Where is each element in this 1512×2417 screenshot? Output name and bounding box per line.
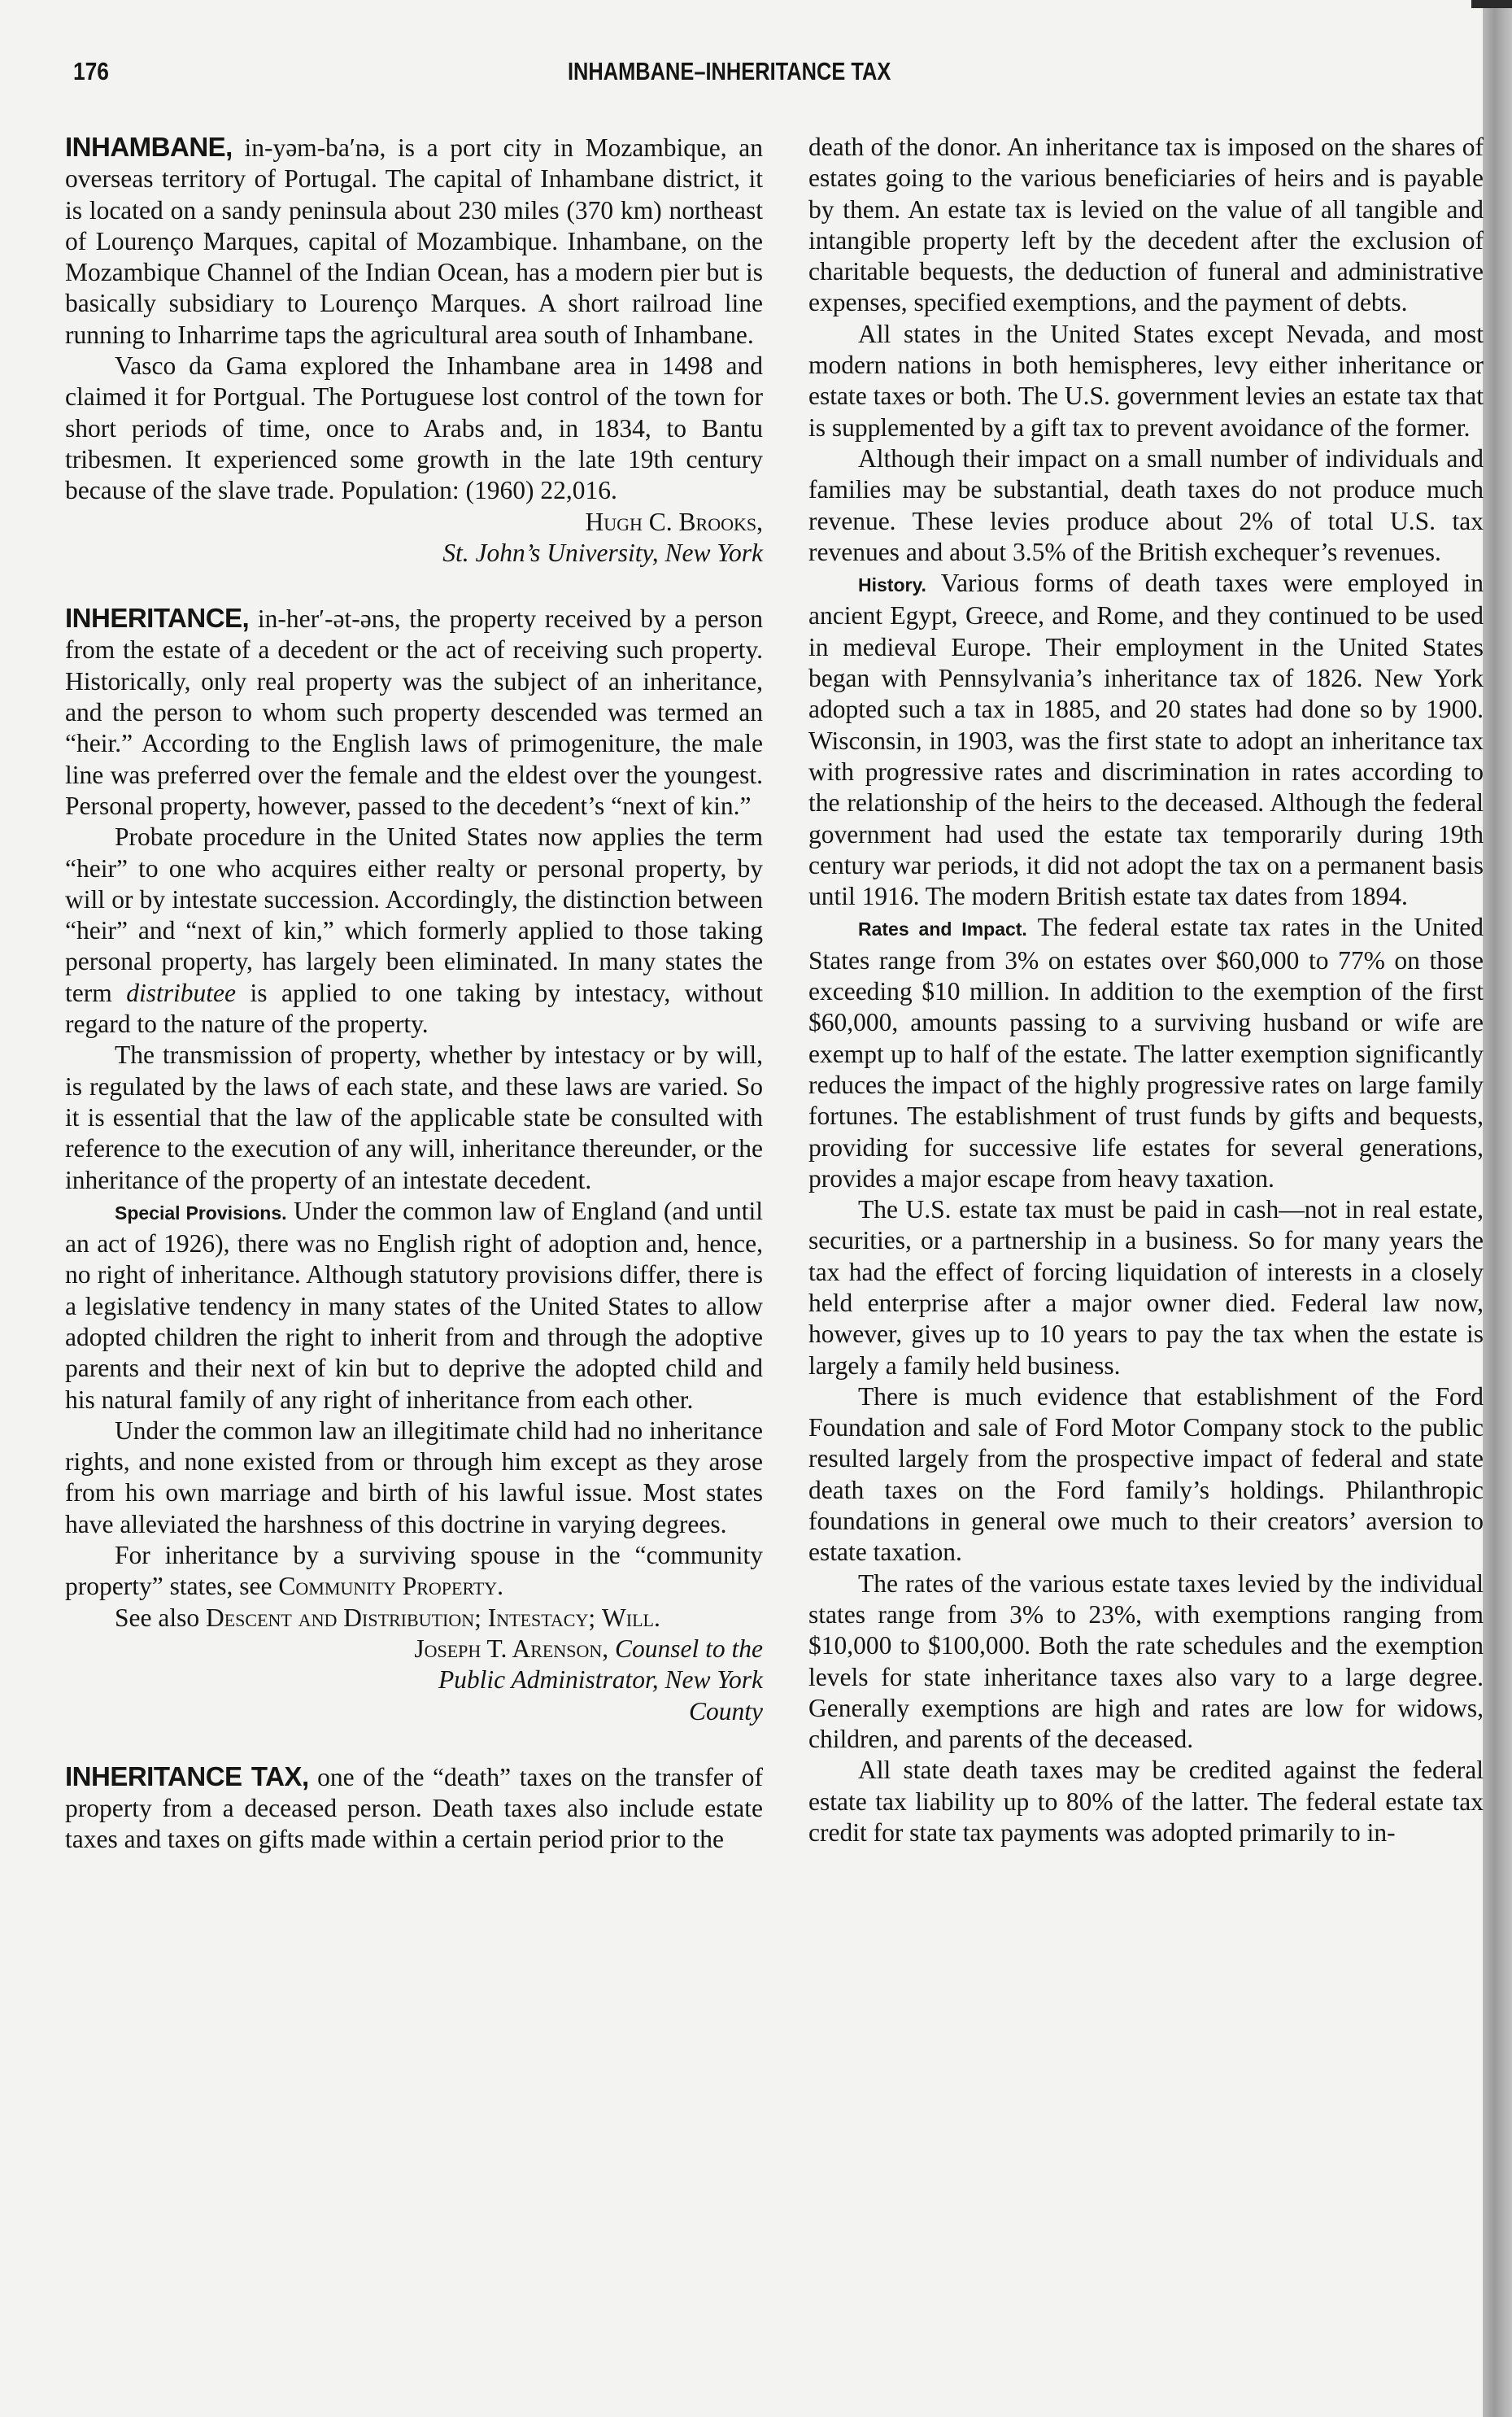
page-edge-top (1471, 0, 1512, 8)
author-block: Joseph T. Arenson, Counsel to the Public… (65, 1634, 763, 1727)
term-distributee: distributee (126, 979, 236, 1007)
pronunciation: in-her′-ət-əns, (258, 604, 401, 633)
cross-reference-will[interactable]: Will (602, 1603, 654, 1632)
entry-inhambane-p2: Vasco da Gama explored the Inhambane are… (65, 351, 763, 506)
continued-paragraph: death of the donor. An inheritance tax i… (808, 132, 1484, 319)
cross-reference-community-property[interactable]: Community Property (278, 1572, 497, 1600)
punctuation: . (654, 1603, 660, 1632)
entry-inheritance-p3: The transmission of property, whether by… (65, 1040, 763, 1195)
headword-inhambane: INHAMBANE, (65, 132, 233, 162)
entry-inheritance-p1: INHERITANCE, in-her′-ət-əns, the propert… (65, 603, 763, 822)
cross-reference-descent-and-distribution[interactable]: Descent and Distribution (206, 1603, 474, 1632)
entry-gap (65, 569, 763, 603)
entry-inheritance-tax-p5: Rates and Impact. The federal estate tax… (808, 912, 1484, 1194)
paragraph-text: the property received by a person from t… (65, 604, 763, 820)
paragraph-text: The federal estate tax rates in the Unit… (808, 913, 1484, 1192)
right-column: death of the donor. An inheritance tax i… (808, 132, 1484, 1848)
subheading-special-provisions: Special Provisions. (115, 1202, 287, 1224)
entry-inheritance-tax-p1: INHERITANCE TAX, one of the “death” taxe… (65, 1761, 763, 1856)
author-signature: Joseph T. Arenson, (414, 1634, 608, 1663)
entry-inheritance-p4: Special Provisions. Under the common law… (65, 1196, 763, 1416)
page-edge-shadow (1483, 0, 1512, 2417)
headword-inheritance: INHERITANCE, (65, 603, 249, 633)
left-column: INHAMBANE, in-yəm-ba′nə, is a port city … (65, 132, 763, 1856)
entry-gap (65, 1727, 763, 1761)
running-title: INHAMBANE–INHERITANCE TAX (568, 57, 891, 86)
punctuation: ; (588, 1603, 602, 1632)
punctuation: ; (474, 1603, 488, 1632)
entry-inheritance-p5: Under the common law an illegitimate chi… (65, 1416, 763, 1540)
paragraph-text: Various forms of death taxes were employ… (808, 569, 1484, 910)
paragraph-text: See also (115, 1603, 199, 1632)
page-number: 176 (73, 57, 109, 86)
author-signature: Hugh C. Brooks, (65, 507, 763, 538)
cross-reference-intestacy[interactable]: Intestacy (488, 1603, 589, 1632)
author-affiliation: St. John’s University, New York (65, 538, 763, 569)
running-head: 176 INHAMBANE–INHERITANCE TAX (73, 57, 1456, 89)
paragraph-text: death of the donor. An inheritance tax i… (808, 133, 1484, 316)
entry-inheritance-tax-p8: The rates of the various estate taxes le… (808, 1568, 1484, 1756)
entry-inheritance-tax-p4: History. Various forms of death taxes we… (808, 568, 1484, 912)
subheading-history: History. (858, 574, 926, 596)
entry-inheritance-tax-p3: Although their impact on a small number … (808, 443, 1484, 568)
headword-inheritance-tax: INHERITANCE TAX, (65, 1761, 309, 1791)
entry-inheritance-tax-p7: There is much evidence that establishmen… (808, 1381, 1484, 1568)
subheading-rates-and-impact: Rates and Impact. (858, 918, 1027, 940)
entry-inheritance-tax-p2: All states in the United States except N… (808, 319, 1484, 443)
entry-inheritance-tax-p6: The U.S. estate tax must be paid in cash… (808, 1194, 1484, 1381)
entry-inheritance-p7: See also Descent and Distribution; Intes… (65, 1603, 763, 1634)
pronunciation: in-yəm-ba′nə, (244, 133, 386, 162)
entry-inheritance-tax-p9: All state death taxes may be credited ag… (808, 1755, 1484, 1848)
paragraph-text: is a port city in Mozambique, an oversea… (65, 133, 763, 349)
paragraph-text: Under the common law of England (and unt… (65, 1197, 763, 1414)
punctuation: . (497, 1572, 503, 1600)
entry-inhambane-p1: INHAMBANE, in-yəm-ba′nə, is a port city … (65, 132, 763, 351)
entry-inheritance-p2: Probate procedure in the United States n… (65, 822, 763, 1040)
entry-inheritance-p6: For inheritance by a surviving spouse in… (65, 1540, 763, 1603)
